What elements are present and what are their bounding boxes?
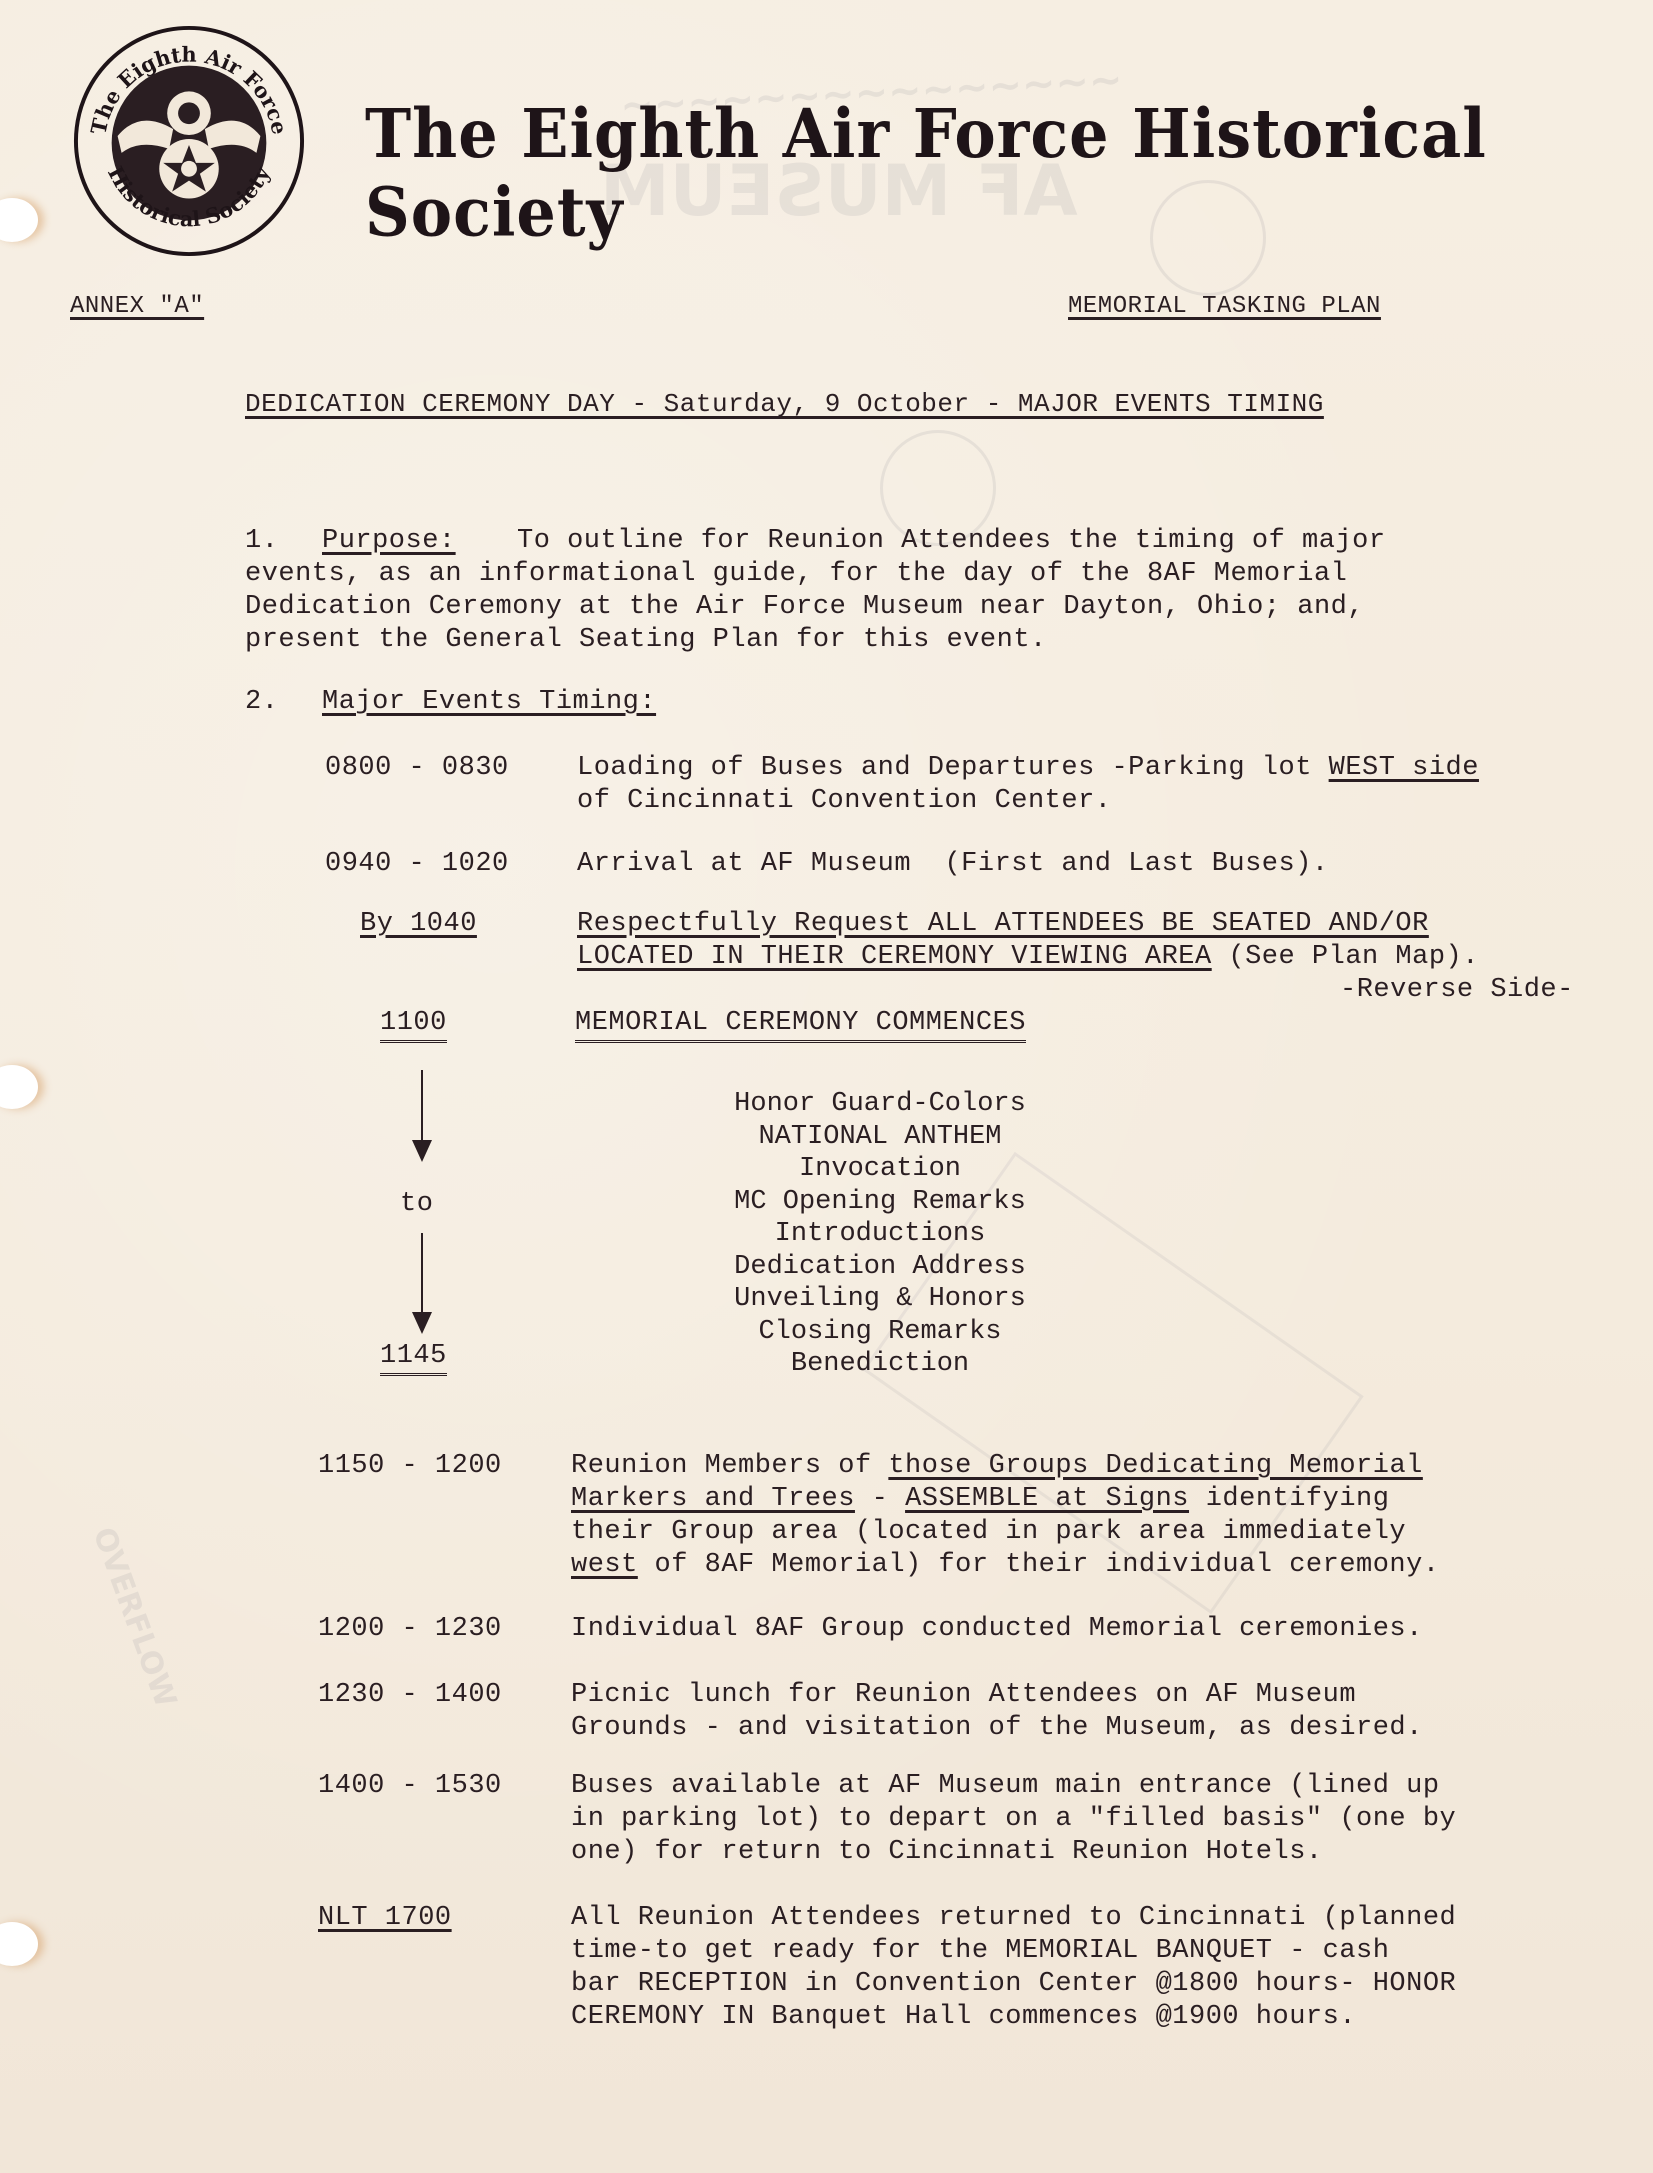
purpose-number: 1.	[245, 525, 278, 558]
event-time: By 1040	[360, 908, 477, 941]
program-item: MC Opening Remarks	[600, 1186, 1160, 1219]
event-text: of Cincinnati Convention Center.	[577, 785, 1111, 818]
event-text: MEMORIAL CEREMONY COMMENCES	[575, 1008, 1026, 1043]
event-text: in parking lot) to depart on a "filled b…	[571, 1803, 1456, 1836]
event-emphasis: Markers and Trees	[571, 1484, 855, 1514]
program-item: NATIONAL ANTHEM	[600, 1121, 1160, 1154]
event-text: Reunion Members of those Groups Dedicati…	[571, 1450, 1423, 1483]
program-item: Introductions	[600, 1218, 1160, 1251]
event-text-part: of 8AF Memorial) for their individual ce…	[638, 1550, 1440, 1580]
event-time: NLT 1700	[318, 1902, 452, 1935]
event-time: 0940 - 1020	[325, 848, 509, 881]
event-text: west of 8AF Memorial) for their individu…	[571, 1549, 1440, 1582]
event-text: CEREMONY IN Banquet Hall commences @1900…	[571, 2001, 1356, 2034]
reverse-side-note: -Reverse Side-	[1340, 974, 1574, 1007]
event-text-part: Reunion Members of	[571, 1451, 888, 1481]
event-text: Markers and Trees - ASSEMBLE at Signs id…	[571, 1483, 1389, 1516]
timing-number: 2.	[245, 686, 278, 719]
annex-label: ANNEX "A"	[70, 290, 204, 323]
purpose-line: present the General Seating Plan for thi…	[245, 624, 1047, 657]
program-item: Dedication Address	[600, 1251, 1160, 1284]
event-text-part: (See Plan Map).	[1212, 942, 1479, 972]
event-text-part: -	[855, 1484, 905, 1514]
range-connector: to	[400, 1188, 433, 1221]
event-emphasis: those Groups Dedicating Memorial	[888, 1451, 1422, 1481]
event-emphasis: west	[571, 1550, 638, 1580]
eighth-air-force-emblem-icon: The Eighth Air Force Historical Society	[70, 22, 308, 260]
event-emphasis: LOCATED IN THEIR CEREMONY VIEWING AREA	[577, 942, 1212, 972]
timing-label: Major Events Timing:	[322, 686, 656, 719]
program-item: Closing Remarks	[600, 1316, 1160, 1349]
purpose-line: events, as an informational guide, for t…	[245, 558, 1347, 591]
purpose-line: To outline for Reunion Attendees the tim…	[517, 525, 1386, 558]
arrow-down-icon	[412, 1312, 432, 1334]
page-heading: DEDICATION CEREMONY DAY - Saturday, 9 Oc…	[245, 388, 1324, 421]
range-end-time: 1145	[380, 1341, 447, 1376]
event-time: 1200 - 1230	[318, 1613, 502, 1646]
program-item: Benediction	[600, 1348, 1160, 1381]
event-text: their Group area (located in park area i…	[571, 1516, 1406, 1549]
event-time: 1400 - 1530	[318, 1770, 502, 1803]
event-text: Individual 8AF Group conducted Memorial …	[571, 1613, 1423, 1646]
purpose-line: Dedication Ceremony at the Air Force Mus…	[245, 591, 1364, 624]
purpose-label: Purpose:	[322, 525, 456, 558]
event-text: Buses available at AF Museum main entran…	[571, 1770, 1440, 1803]
event-time: 1150 - 1200	[318, 1450, 502, 1483]
event-text: bar RECEPTION in Convention Center @1800…	[571, 1968, 1456, 2001]
program-item: Honor Guard-Colors	[600, 1088, 1160, 1121]
arrow-down-icon	[412, 1140, 432, 1162]
event-text: All Reunion Attendees returned to Cincin…	[571, 1902, 1456, 1935]
event-text: one) for return to Cincinnati Reunion Ho…	[571, 1836, 1323, 1869]
event-text: Grounds - and visitation of the Museum, …	[571, 1712, 1423, 1745]
event-time: 1230 - 1400	[318, 1679, 502, 1712]
program-item: Unveiling & Honors	[600, 1283, 1160, 1316]
arrow-line	[421, 1233, 423, 1318]
event-text: time-to get ready for the MEMORIAL BANQU…	[571, 1935, 1389, 1968]
program-item: Invocation	[600, 1153, 1160, 1186]
event-text: Arrival at AF Museum (First and Last Bus…	[577, 848, 1329, 881]
arrow-line	[421, 1070, 423, 1145]
ceremony-program: Honor Guard-Colors NATIONAL ANTHEM Invoc…	[600, 1088, 1160, 1381]
event-text: Loading of Buses and Departures -Parking…	[577, 752, 1479, 785]
event-time: 0800 - 0830	[325, 752, 509, 785]
organization-title: The Eighth Air Force Historical Society	[365, 94, 1653, 252]
plan-label: MEMORIAL TASKING PLAN	[1068, 290, 1381, 323]
event-text-part: Loading of Buses and Departures -Parking…	[577, 753, 1329, 783]
event-emphasis: ASSEMBLE at Signs	[905, 1484, 1189, 1514]
event-text: Picnic lunch for Reunion Attendees on AF…	[571, 1679, 1356, 1712]
event-text-part: identifying	[1189, 1484, 1389, 1514]
event-text: LOCATED IN THEIR CEREMONY VIEWING AREA (…	[577, 941, 1479, 974]
event-emphasis: WEST side	[1329, 753, 1479, 783]
event-time: 1100	[380, 1008, 447, 1043]
event-text: Respectfully Request ALL ATTENDEES BE SE…	[577, 908, 1429, 941]
